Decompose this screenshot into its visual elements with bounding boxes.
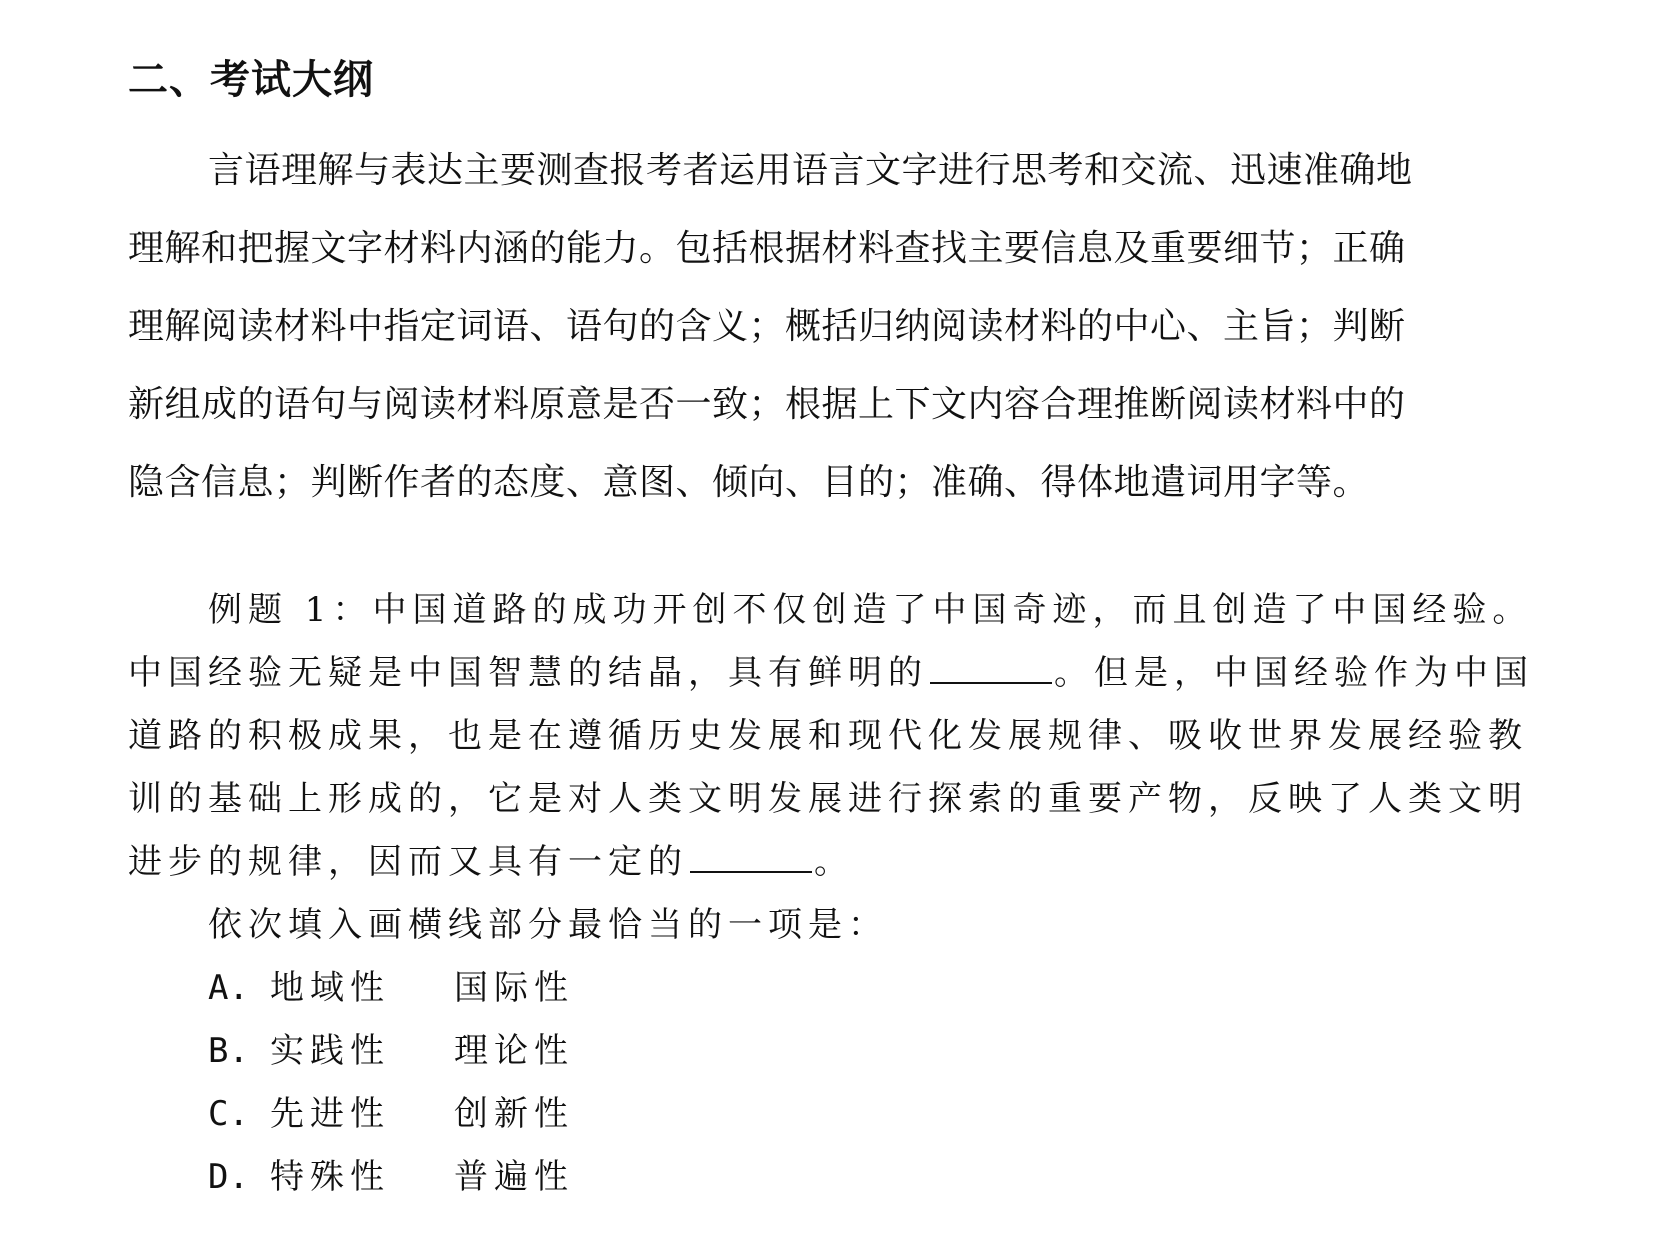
option-second-word: 普遍性: [454, 1149, 574, 1205]
fill-blank-2: [690, 837, 812, 873]
option-b: B. 实践性 理论性: [208, 1019, 574, 1082]
option-c: C. 先进性 创新性: [208, 1082, 574, 1145]
example-line: 道路的积极成果，也是在遵循历史发展和现代化发展规律、吸收世界发展经验教: [128, 708, 1528, 771]
example-line: 例题 1：中国道路的成功开创不仅创造了中国奇迹，而且创造了中国经验。: [128, 582, 1528, 645]
fill-blank-1: [930, 648, 1052, 684]
option-second-word: 国际性: [454, 960, 574, 1016]
example-text: 。: [814, 842, 854, 882]
example-question: 例题 1：中国道路的成功开创不仅创造了中国奇迹，而且创造了中国经验。 中国经验无…: [128, 582, 1528, 960]
outline-line: 言语理解与表达主要测查报考者运用语言文字进行思考和交流、迅速准确地: [128, 138, 1528, 216]
option-letter: D.: [208, 1149, 270, 1205]
option-first-word: 特殊性: [270, 1149, 454, 1205]
option-first-word: 先进性: [270, 1086, 454, 1142]
option-d: D. 特殊性 普遍性: [208, 1145, 574, 1208]
option-letter: B.: [208, 1023, 270, 1079]
answer-options: A. 地域性 国际性 B. 实践性 理论性 C. 先进性 创新性 D. 特殊性 …: [208, 956, 574, 1208]
question-prompt: 依次填入画横线部分最恰当的一项是：: [128, 897, 1528, 960]
option-letter: A.: [208, 960, 270, 1016]
section-heading: 二、考试大纲: [128, 52, 374, 108]
outline-line: 理解和把握文字材料内涵的能力。包括根据材料查找主要信息及重要细节；正确: [128, 216, 1528, 294]
option-a: A. 地域性 国际性: [208, 956, 574, 1019]
option-second-word: 理论性: [454, 1023, 574, 1079]
option-first-word: 实践性: [270, 1023, 454, 1079]
example-text: 。但是，中国经验作为中国: [1054, 653, 1534, 693]
document-page: 二、考试大纲 言语理解与表达主要测查报考者运用语言文字进行思考和交流、迅速准确地…: [0, 0, 1668, 1234]
example-line: 中国经验无疑是中国智慧的结晶，具有鲜明的。但是，中国经验作为中国: [128, 645, 1528, 708]
outline-line: 隐含信息；判断作者的态度、意图、倾向、目的；准确、得体地遣词用字等。: [128, 450, 1528, 528]
option-letter: C.: [208, 1086, 270, 1142]
option-second-word: 创新性: [454, 1086, 574, 1142]
outline-line: 理解阅读材料中指定词语、语句的含义；概括归纳阅读材料的中心、主旨；判断: [128, 294, 1528, 372]
option-first-word: 地域性: [270, 960, 454, 1016]
exam-outline-paragraph: 言语理解与表达主要测查报考者运用语言文字进行思考和交流、迅速准确地 理解和把握文…: [128, 138, 1528, 528]
example-line: 进步的规律，因而又具有一定的。: [128, 834, 1528, 897]
example-text: 中国经验无疑是中国智慧的结晶，具有鲜明的: [128, 653, 928, 693]
outline-line: 新组成的语句与阅读材料原意是否一致；根据上下文内容合理推断阅读材料中的: [128, 372, 1528, 450]
example-text: 进步的规律，因而又具有一定的: [128, 842, 688, 882]
example-line: 训的基础上形成的，它是对人类文明发展进行探索的重要产物，反映了人类文明: [128, 771, 1528, 834]
